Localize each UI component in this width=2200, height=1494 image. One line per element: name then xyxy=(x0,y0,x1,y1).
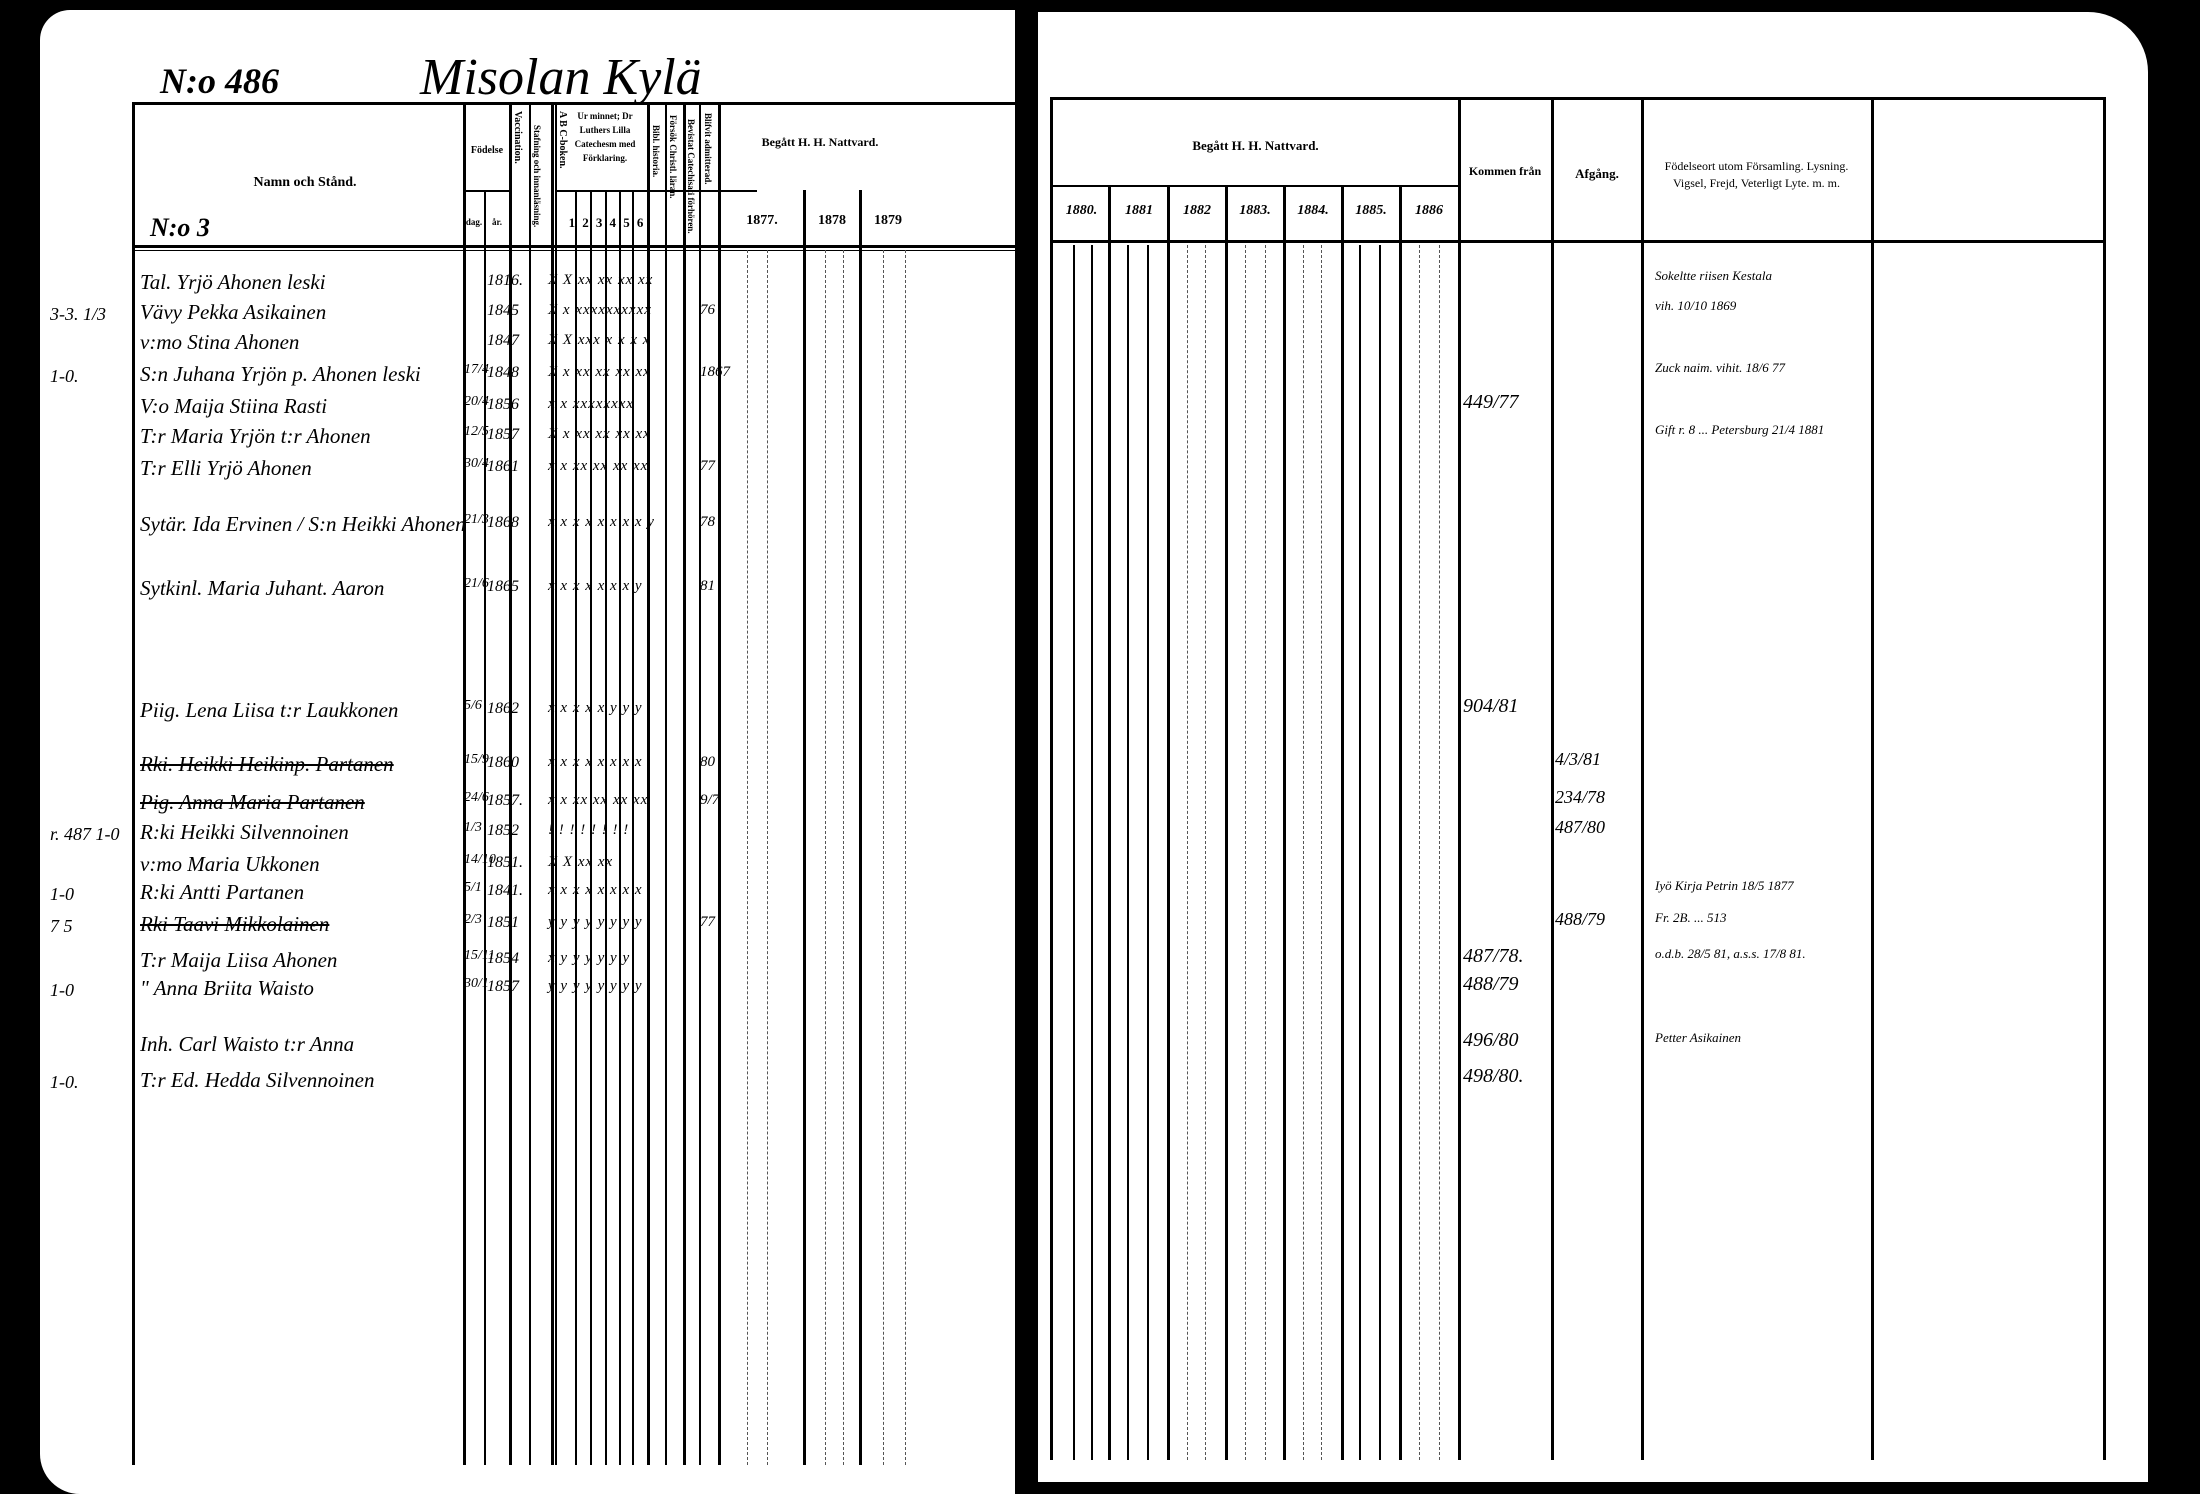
person-name: V:o Maija Stiina Rasti xyxy=(140,394,327,419)
note: vih. 10/10 1869 xyxy=(1655,298,1736,314)
birth-year: 1816. xyxy=(487,272,523,290)
birth-day: 17/4 xyxy=(464,362,489,378)
year-1885: 1885. xyxy=(1342,203,1400,219)
examination-marks: X x xx xx xx xx xyxy=(548,426,651,443)
person-name: Pig. Anna Maria Partanen xyxy=(140,790,365,815)
examination-marks: X X xx xx xx xx xyxy=(548,272,653,289)
birth-year: 1862 xyxy=(487,700,519,718)
col-communion-header-right: Begått H. H. Nattvard. xyxy=(1053,138,1458,154)
year-1883: 1883. xyxy=(1226,203,1284,219)
person-name: Rki Taavi Mikkolainen xyxy=(140,912,329,937)
col-admitted: Blifvit admitterad. xyxy=(703,113,713,185)
birth-year: 1852 xyxy=(487,822,519,840)
examination-marks: X X xx xx xyxy=(548,854,613,871)
note: Petter Asikainen xyxy=(1655,1030,1741,1046)
birth-day: 5/6 xyxy=(464,698,482,714)
examination-marks: x x xxxxxxxx xyxy=(548,396,634,413)
catechism-part-numbers: 1 2 3 4 5 6 xyxy=(565,215,647,231)
margin-note: 3-3. 1/3 xyxy=(50,304,106,325)
birth-year: 1847 xyxy=(487,332,519,350)
birth-day: 30/1 xyxy=(464,976,489,992)
examination-marks: x x x x x x x x y xyxy=(548,514,655,531)
year-1879: 1879 xyxy=(863,213,913,229)
birth-year: 1845 xyxy=(487,302,519,320)
col-vaccination: Vaccination. xyxy=(512,111,523,164)
village-title: Misolan Kylä xyxy=(420,48,702,107)
note: Zuck naim. vihit. 18/6 77 xyxy=(1655,360,1785,376)
note: Sokeltte riisen Kestala xyxy=(1655,268,1772,284)
examination-marks: x y y y y y y xyxy=(548,950,630,967)
examination-marks: x x xx xx xx xx xyxy=(548,792,648,809)
examination-marks: ! ! ! ! ! ! ! ! xyxy=(548,822,629,839)
departure: 487/80 xyxy=(1555,817,1605,838)
examination-marks: X X xxx x x x x xyxy=(548,332,650,349)
examination-marks: y y y y y y y y xyxy=(548,914,643,931)
margin-note: 1-0 xyxy=(50,884,74,905)
birth-year: 1851 xyxy=(487,914,519,932)
col-came-from: Kommen från xyxy=(1460,164,1550,179)
came-from: 904/81 xyxy=(1463,695,1519,718)
note: Gift r. 8 ... Petersburg 21/4 1881 xyxy=(1655,422,1824,438)
birth-year: 1860 xyxy=(487,754,519,772)
person-name: T:r Maria Yrjön t:r Ahonen xyxy=(140,424,371,449)
came-from: 498/80. xyxy=(1463,1065,1524,1088)
examination-marks: x x x x x x x y xyxy=(548,578,643,595)
person-name: Sytkinl. Maria Juhant. Aaron xyxy=(140,576,384,601)
admitted-year: 1867 xyxy=(700,364,730,381)
col-birth-header: Födelse xyxy=(465,145,509,156)
col-notes: Födelseort utom Församling. Lysning. Vig… xyxy=(1649,158,1864,192)
birth-day: 21/6 xyxy=(464,576,489,592)
person-name: Vävy Pekka Asikainen xyxy=(140,300,326,325)
came-from: 449/77 xyxy=(1463,391,1519,414)
birth-year: 1861 xyxy=(487,458,519,476)
household-number: N:o 3 xyxy=(150,213,210,243)
birth-year: 1841. xyxy=(487,882,523,900)
birth-year: 1868 xyxy=(487,514,519,532)
admitted-year: 80 xyxy=(700,754,715,771)
birth-year: 1865 xyxy=(487,578,519,596)
person-name: v:mo Maria Ukkonen xyxy=(140,852,320,877)
examination-marks: x x xx xx xx xx xyxy=(548,458,648,475)
margin-note: 1-0. xyxy=(50,366,79,387)
birth-day: 12/5 xyxy=(464,424,489,440)
person-name: Piig. Lena Liisa t:r Laukkonen xyxy=(140,698,398,723)
col-birth-day: dag. xyxy=(464,217,484,227)
person-name: Sytär. Ida Ervinen / S:n Heikki Ahonen xyxy=(140,512,466,537)
year-1877: 1877. xyxy=(723,213,801,229)
admitted-year: 77 xyxy=(700,458,715,475)
birth-day: 30/4 xyxy=(464,456,489,472)
margin-note: 1-0. xyxy=(50,1072,79,1093)
right-page: Begått H. H. Nattvard. 1880. 1881 1882 1… xyxy=(1038,12,2148,1482)
margin-note: r. 487 1-0 xyxy=(50,824,120,845)
came-from: 488/79 xyxy=(1463,973,1519,996)
person-name: T:r Elli Yrjö Ahonen xyxy=(140,456,312,481)
admitted-year: 77 xyxy=(700,914,715,931)
col-birth-year: år. xyxy=(485,217,509,227)
birth-year: 1848 xyxy=(487,364,519,382)
year-1878: 1878 xyxy=(807,213,857,229)
birth-day: 5/1 xyxy=(464,880,482,896)
examination-marks: X x xx xx xx xx xyxy=(548,364,651,381)
col-bible-history: Bibl. historia. xyxy=(651,125,661,177)
departure: 488/79 xyxy=(1555,909,1605,930)
margin-note: 7 5 xyxy=(50,916,73,937)
examination-marks: y y y y y y y y xyxy=(548,978,643,995)
examination-marks: X x xxxxxxxxxx xyxy=(548,302,652,319)
person-name: Rki. Heikki Heikinp. Partanen xyxy=(140,752,394,777)
margin-note: 1-0 xyxy=(50,980,74,1001)
year-1881: 1881 xyxy=(1110,203,1168,219)
birth-year: 1851. xyxy=(487,854,523,872)
person-name: v:mo Stina Ahonen xyxy=(140,330,299,355)
left-page: N:o 486 Misolan Kylä xyxy=(40,10,1015,1494)
birth-year: 1854 xyxy=(487,950,519,968)
came-from: 487/78. xyxy=(1463,945,1524,968)
birth-year: 1857. xyxy=(487,792,523,810)
col-christian-doctrine: Försök Christl. läran. xyxy=(668,115,678,199)
came-from: 496/80 xyxy=(1463,1029,1519,1052)
birth-day: 21/3 xyxy=(464,512,489,528)
birth-year: 1857 xyxy=(487,978,519,996)
person-name: R:ki Heikki Silvennoinen xyxy=(140,820,349,845)
birth-day: 2/3 xyxy=(464,912,482,928)
note: Iyö Kirja Petrin 18/5 1877 xyxy=(1655,878,1794,894)
col-communion-header: Begått H. H. Nattvard. xyxy=(720,135,920,150)
examination-marks: x x x x x x x x xyxy=(548,882,643,899)
birth-day: 24/6 xyxy=(464,790,489,806)
person-name: T:r Maija Liisa Ahonen xyxy=(140,948,337,973)
year-1882: 1882 xyxy=(1168,203,1226,219)
col-departure: Afgång. xyxy=(1553,166,1641,182)
person-name: " Anna Briita Waisto xyxy=(140,976,314,1001)
birth-day: 20/4 xyxy=(464,394,489,410)
departure: 234/78 xyxy=(1555,787,1605,808)
departure: 4/3/81 xyxy=(1555,749,1601,770)
admitted-year: 78 xyxy=(700,514,715,531)
person-name: Inh. Carl Waisto t:r Anna xyxy=(140,1032,354,1057)
person-name: Tal. Yrjö Ahonen leski xyxy=(140,270,326,295)
note: o.d.b. 28/5 81, a.s.s. 17/8 81. xyxy=(1655,946,1806,962)
year-1884: 1884. xyxy=(1284,203,1342,219)
person-name: T:r Ed. Hedda Silvennoinen xyxy=(140,1068,374,1093)
col-catechism: Ur minnet; Dr Luthers Lilla Catechesm me… xyxy=(565,109,645,165)
person-name: R:ki Antti Partanen xyxy=(140,880,304,905)
birth-day: 15/9 xyxy=(464,752,489,768)
folio-number: N:o 486 xyxy=(160,60,279,102)
birth-year: 1857 xyxy=(487,426,519,444)
col-catechetical: Bevistat Catechisati förhören. xyxy=(686,111,696,241)
examination-marks: x x x x x y y y xyxy=(548,700,643,717)
col-reading: Stafning och innanläsning. xyxy=(532,111,542,241)
year-1886: 1886 xyxy=(1400,203,1458,219)
note: Fr. 2B. ... 513 xyxy=(1655,910,1727,926)
admitted-year: 76 xyxy=(700,302,715,319)
person-name: S:n Juhana Yrjön p. Ahonen leski xyxy=(140,362,421,387)
admitted-year: 81 xyxy=(700,578,715,595)
year-1880: 1880. xyxy=(1053,203,1110,219)
col-name-header: Namn och Stånd. xyxy=(205,175,405,191)
examination-marks: x x x x x x x x xyxy=(548,754,643,771)
right-year-headers: 1880. 1881 1882 1883. 1884. 1885. 1886 xyxy=(1053,203,1458,219)
right-register-table: Begått H. H. Nattvard. 1880. 1881 1882 1… xyxy=(1050,97,2106,1460)
birth-day: 1/3 xyxy=(464,820,482,836)
birth-year: 1856 xyxy=(487,396,519,414)
admitted-year: 9/7 xyxy=(700,792,719,809)
